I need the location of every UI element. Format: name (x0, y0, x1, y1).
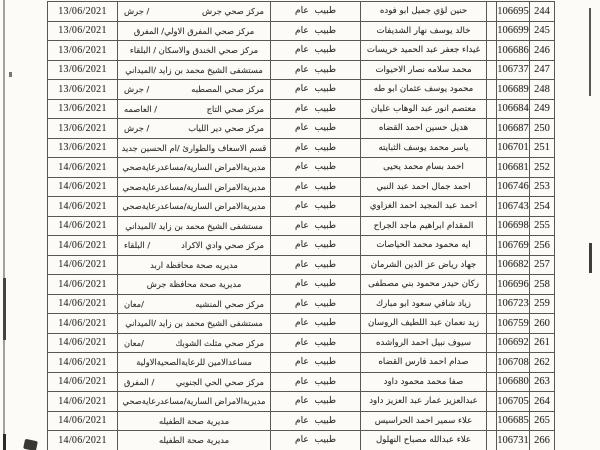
cell-separator (487, 177, 497, 197)
table-row: 14/06/2021 مستشفى الشيخ محمد بن زايد /ال… (48, 314, 555, 334)
cell-facility: مركز صحي وادي الاكراد / البلقاء (118, 236, 271, 256)
cell-row-number: 252 (530, 158, 555, 178)
facility-wrap: مديريةالامراض السارية/مساعدرعايةصحي (118, 158, 270, 177)
cell-employee-name: خالد يوسف نهار الشديفات (361, 21, 487, 41)
scan-ink-smudge (23, 439, 38, 450)
cell-separator (487, 21, 497, 41)
cell-job-title: طبيب عام (271, 2, 361, 22)
cell-job-title: طبيب عام (271, 119, 361, 139)
scan-edge-line (3, 0, 5, 450)
table-row: 14/06/2021 مستشفى الشيخ محمد بن زايد /ال… (48, 216, 555, 236)
facility-wrap: مركز صحي المصطبه / جرش (118, 80, 270, 99)
health-staff-records-table: 13/06/2021 مركز صحي جرش / جرش طبيب عام ح… (47, 1, 555, 450)
facility-name: مديرية صحة الطفيله (159, 416, 229, 426)
cell-separator (487, 236, 497, 256)
facility-wrap: مستشفى الشيخ محمد بن زايد /الميداني (118, 217, 270, 236)
facility-wrap: مستشفى الشيخ محمد بن زايد /الميداني (118, 61, 270, 80)
cell-date: 14/06/2021 (48, 275, 118, 295)
cell-employee-name: المقدام ابراهيم ماجد الجراح (361, 216, 487, 236)
cell-separator (487, 372, 497, 392)
cell-date: 13/06/2021 (48, 41, 118, 61)
table-row: 14/06/2021 مديريةالامراض السارية/مساعدرع… (48, 197, 555, 217)
cell-job-title: طبيب عام (271, 60, 361, 80)
cell-job-title: طبيب عام (271, 21, 361, 41)
scanned-document-page: 13/06/2021 مركز صحي جرش / جرش طبيب عام ح… (0, 0, 600, 450)
cell-date: 14/06/2021 (48, 314, 118, 334)
facility-wrap: مديريةالامراض السارية/مساعدرعايةصحي (118, 178, 270, 197)
cell-date: 14/06/2021 (48, 158, 118, 178)
facility-wrap: مركز صحي المنشيه /معان (118, 295, 270, 314)
facility-wrap: مركز صحي المفرق الاولي/ المفرق (118, 22, 270, 41)
scan-speck (9, 72, 12, 77)
table-row: 14/06/2021 مركز صحي مثلث الشوبك /معان طب… (48, 333, 555, 353)
table-row: 13/06/2021 مركز صحي المصطبه / جرش طبيب ع… (48, 80, 555, 100)
facility-name: مركز صحي الخندق والاسكان / البلقاء (130, 45, 258, 55)
cell-job-title: طبيب عام (271, 177, 361, 197)
facility-wrap: مديريةالامراض السارية/مساعدرعايةصحي (118, 197, 270, 216)
cell-row-number: 260 (530, 314, 555, 334)
table-row: 14/06/2021 مديرية صحة الطفيله طبيب عام ع… (48, 431, 555, 450)
facility-name: مركز صحي المنشيه (195, 299, 264, 309)
cell-date: 14/06/2021 (48, 431, 118, 450)
facility-name: مركز صحي التاج (207, 104, 264, 114)
cell-employee-name: غيداء جعفر عبد الحميد خريسات (361, 41, 487, 61)
cell-row-number: 263 (530, 372, 555, 392)
cell-facility: مديريةالامراض السارية/مساعدرعايةصحي (118, 392, 271, 412)
cell-record-id: 106685 (497, 411, 530, 431)
cell-facility: مركز صحي جرش / جرش (118, 2, 271, 22)
cell-job-title: طبيب عام (271, 197, 361, 217)
cell-record-id: 106695 (497, 2, 530, 22)
table-row: 13/06/2021 مركز صحي دير اللياب / جرش طبي… (48, 119, 555, 139)
cell-facility: مركز صحي الخندق والاسكان / البلقاء (118, 41, 271, 61)
cell-job-title: طبيب عام (271, 431, 361, 450)
cell-date: 14/06/2021 (48, 294, 118, 314)
facility-wrap: مساعدالامين للرعايةالصحيةالاولية (118, 353, 270, 372)
facility-name: مديريةالامراض السارية/مساعدرعايةصحي (122, 396, 265, 406)
cell-employee-name: علاء عبدالله مصباح النهلول (361, 431, 487, 450)
cell-separator (487, 119, 497, 139)
facility-wrap: مركز صحي جرش / جرش (118, 2, 270, 21)
cell-employee-name: محمد سلامه نصار الاحيوات (361, 60, 487, 80)
cell-date: 14/06/2021 (48, 353, 118, 373)
table-row: 14/06/2021 مساعدالامين للرعايةالصحيةالاو… (48, 353, 555, 373)
table-row: 14/06/2021 مديريةالامراض السارية/مساعدرع… (48, 392, 555, 412)
cell-separator (487, 431, 497, 450)
cell-date: 13/06/2021 (48, 138, 118, 158)
facility-name: مديريةالامراض السارية/مساعدرعايةصحي (122, 201, 265, 211)
cell-job-title: طبيب عام (271, 216, 361, 236)
cell-record-id: 106698 (497, 216, 530, 236)
cell-separator (487, 99, 497, 119)
cell-date: 13/06/2021 (48, 21, 118, 41)
cell-row-number: 250 (530, 119, 555, 139)
table-row: 14/06/2021 مديريةالامراض السارية/مساعدرع… (48, 177, 555, 197)
table-row: 14/06/2021 مديرية صحة محافظة جرش طبيب عا… (48, 275, 555, 295)
cell-date: 13/06/2021 (48, 119, 118, 139)
cell-facility: مديريةالامراض السارية/مساعدرعايةصحي (118, 197, 271, 217)
cell-separator (487, 294, 497, 314)
scan-edge-dark-segment (3, 434, 6, 450)
cell-row-number: 249 (530, 99, 555, 119)
cell-job-title: طبيب عام (271, 275, 361, 295)
cell-date: 14/06/2021 (48, 372, 118, 392)
facility-name: مساعدالامين للرعايةالصحيةالاولية (136, 357, 252, 367)
cell-date: 13/06/2021 (48, 2, 118, 22)
cell-employee-name: زيد نعمان عبد اللطيف الروسان (361, 314, 487, 334)
cell-facility: مركز صحي دير اللياب / جرش (118, 119, 271, 139)
cell-separator (487, 353, 497, 373)
cell-date: 14/06/2021 (48, 197, 118, 217)
cell-job-title: طبيب عام (271, 99, 361, 119)
cell-employee-name: احمد جمال احمد عبد النبي (361, 177, 487, 197)
cell-row-number: 262 (530, 353, 555, 373)
cell-date: 14/06/2021 (48, 177, 118, 197)
cell-facility: مديرية صحة الطفيله (118, 411, 271, 431)
cell-facility: مديريه صحة محافظة اربد (118, 255, 271, 275)
table-row: 14/06/2021 مركز صحي وادي الاكراد / البلق… (48, 236, 555, 256)
cell-job-title: طبيب عام (271, 353, 361, 373)
cell-row-number: 256 (530, 236, 555, 256)
facility-name: مركز صحي المفرق الاولي/ المفرق (134, 26, 254, 36)
cell-facility: مركز صحي مثلث الشوبك /معان (118, 333, 271, 353)
facility-wrap: مركز صحي دير اللياب / جرش (118, 119, 270, 138)
cell-job-title: طبيب عام (271, 41, 361, 61)
cell-date: 14/06/2021 (48, 255, 118, 275)
cell-separator (487, 138, 497, 158)
facility-name: مركز صحي المصطبه (191, 84, 264, 94)
facility-name: مديريةالامراض السارية/مساعدرعايةصحي (122, 162, 265, 172)
cell-record-id: 106731 (497, 431, 530, 450)
cell-record-id: 106708 (497, 353, 530, 373)
cell-row-number: 245 (530, 21, 555, 41)
cell-job-title: طبيب عام (271, 158, 361, 178)
scan-edge-dark-segment (589, 243, 592, 273)
table-row: 14/06/2021 مركز صحي المنشيه /معان طبيب ع… (48, 294, 555, 314)
table-row: 13/06/2021 مركز صحي التاج / العاصمه طبيب… (48, 99, 555, 119)
facility-name: مديرية صحة الطفيله (159, 435, 229, 445)
scan-edge-dark-segment (3, 278, 6, 340)
cell-date: 13/06/2021 (48, 99, 118, 119)
cell-job-title: طبيب عام (271, 392, 361, 412)
cell-row-number: 254 (530, 197, 555, 217)
facility-name: مستشفى الشيخ محمد بن زايد /الميداني (125, 318, 263, 328)
facility-wrap: مديرية صحة محافظة جرش (118, 275, 270, 294)
facility-area: / جرش (124, 84, 149, 94)
cell-row-number: 255 (530, 216, 555, 236)
cell-employee-name: حنين لؤي جميل ابو فوده (361, 2, 487, 22)
cell-facility: مركز صحي المصطبه / جرش (118, 80, 271, 100)
cell-employee-name: محمود يوسف عثمان ابو طه (361, 80, 487, 100)
cell-date: 14/06/2021 (48, 216, 118, 236)
facility-wrap: مركز صحي الحي الجنوبي / المفرق (118, 373, 270, 392)
cell-employee-name: علاء سمير احمد الحراسيس (361, 411, 487, 431)
facility-name: مستشفى الشيخ محمد بن زايد /الميداني (125, 221, 263, 231)
cell-row-number: 259 (530, 294, 555, 314)
cell-employee-name: ايه محمود محمد الحياصات (361, 236, 487, 256)
cell-facility: مديرية صحة الطفيله (118, 431, 271, 450)
cell-row-number: 244 (530, 2, 555, 22)
cell-employee-name: سيوف نبيل احمد الرواشده (361, 333, 487, 353)
cell-facility: مركز صحي المفرق الاولي/ المفرق (118, 21, 271, 41)
facility-wrap: مركز صحي التاج / العاصمه (118, 100, 270, 119)
cell-job-title: طبيب عام (271, 314, 361, 334)
cell-separator (487, 275, 497, 295)
cell-row-number: 247 (530, 60, 555, 80)
cell-facility: مستشفى الشيخ محمد بن زايد /الميداني (118, 216, 271, 236)
cell-separator (487, 216, 497, 236)
cell-separator (487, 80, 497, 100)
cell-job-title: طبيب عام (271, 138, 361, 158)
cell-job-title: طبيب عام (271, 80, 361, 100)
facility-wrap: مستشفى الشيخ محمد بن زايد /الميداني (118, 314, 270, 333)
cell-employee-name: ركان حيدر محمود بني مصطفى (361, 275, 487, 295)
facility-name: مركز صحي وادي الاكراد (181, 240, 264, 250)
cell-facility: مركز صحي المنشيه /معان (118, 294, 271, 314)
table-row: 14/06/2021 مركز صحي الحي الجنوبي / المفر… (48, 372, 555, 392)
table-row: 14/06/2021 مديرية صحة الطفيله طبيب عام ع… (48, 411, 555, 431)
cell-job-title: طبيب عام (271, 372, 361, 392)
cell-separator (487, 60, 497, 80)
cell-record-id: 106759 (497, 314, 530, 334)
table-row: 14/06/2021 مديريه صحة محافظة اربد طبيب ع… (48, 255, 555, 275)
cell-employee-name: هديل حسين احمد القضاه (361, 119, 487, 139)
facility-name: مركز صحي دير اللياب (188, 123, 264, 133)
cell-record-id: 106723 (497, 294, 530, 314)
cell-date: 13/06/2021 (48, 60, 118, 80)
cell-employee-name: صفا محمد محمود داود (361, 372, 487, 392)
cell-row-number: 248 (530, 80, 555, 100)
cell-record-id: 106684 (497, 99, 530, 119)
cell-employee-name: عبدالعزيز عمار عبد العزيز داود (361, 392, 487, 412)
cell-separator (487, 197, 497, 217)
cell-record-id: 106692 (497, 333, 530, 353)
cell-record-id: 106769 (497, 236, 530, 256)
cell-separator (487, 411, 497, 431)
cell-employee-name: جهاد رياض عز الدين الشرمان (361, 255, 487, 275)
facility-name: مديريه صحة محافظة اربد (150, 260, 238, 270)
facility-area: / البلقاء (124, 240, 150, 250)
cell-record-id: 106682 (497, 255, 530, 275)
cell-separator (487, 41, 497, 61)
cell-row-number: 257 (530, 255, 555, 275)
facility-area: /معان (124, 299, 144, 309)
facility-name: مديريةالامراض السارية/مساعدرعايةصحي (122, 182, 265, 192)
table-body: 13/06/2021 مركز صحي جرش / جرش طبيب عام ح… (48, 2, 555, 450)
cell-facility: مديريةالامراض السارية/مساعدرعايةصحي (118, 158, 271, 178)
cell-record-id: 106681 (497, 158, 530, 178)
facility-area: /معان (124, 338, 144, 348)
cell-record-id: 106680 (497, 372, 530, 392)
cell-row-number: 253 (530, 177, 555, 197)
facility-wrap: مركز صحي الخندق والاسكان / البلقاء (118, 41, 270, 60)
cell-employee-name: ياسر محمد يوسف الثبايته (361, 138, 487, 158)
cell-separator (487, 255, 497, 275)
facility-area: / جرش (124, 6, 149, 16)
cell-facility: مستشفى الشيخ محمد بن زايد /الميداني (118, 60, 271, 80)
table-row: 13/06/2021 مركز صحي الخندق والاسكان / ال… (48, 41, 555, 61)
cell-record-id: 106699 (497, 21, 530, 41)
facility-wrap: مركز صحي وادي الاكراد / البلقاء (118, 236, 270, 255)
cell-row-number: 266 (530, 431, 555, 450)
facility-name: قسم الاسعاف والطوارئ /ام الحسين جديد (122, 143, 267, 153)
cell-record-id: 106705 (497, 392, 530, 412)
facility-wrap: مديريةالامراض السارية/مساعدرعايةصحي (118, 392, 270, 411)
cell-date: 14/06/2021 (48, 392, 118, 412)
cell-row-number: 258 (530, 275, 555, 295)
cell-employee-name: احمد بسام محمد يحيى (361, 158, 487, 178)
facility-wrap: مركز صحي مثلث الشوبك /معان (118, 334, 270, 353)
cell-row-number: 246 (530, 41, 555, 61)
table-row: 13/06/2021 مركز صحي جرش / جرش طبيب عام ح… (48, 2, 555, 22)
cell-date: 14/06/2021 (48, 333, 118, 353)
facility-name: مركز صحي مثلث الشوبك (176, 338, 264, 348)
cell-separator (487, 333, 497, 353)
facility-wrap: مديرية صحة الطفيله (118, 412, 270, 431)
table-row: 13/06/2021 مستشفى الشيخ محمد بن زايد /ال… (48, 60, 555, 80)
facility-area: / العاصمه (124, 104, 157, 114)
cell-record-id: 106687 (497, 119, 530, 139)
facility-area: / جرش (124, 123, 149, 133)
facility-name: مركز صحي الحي الجنوبي (176, 377, 264, 387)
cell-facility: مركز صحي التاج / العاصمه (118, 99, 271, 119)
cell-job-title: طبيب عام (271, 294, 361, 314)
cell-record-id: 106737 (497, 60, 530, 80)
cell-date: 14/06/2021 (48, 411, 118, 431)
cell-record-id: 106743 (497, 197, 530, 217)
table-row: 13/06/2021 قسم الاسعاف والطوارئ /ام الحس… (48, 138, 555, 158)
cell-facility: مساعدالامين للرعايةالصحيةالاولية (118, 353, 271, 373)
cell-record-id: 106689 (497, 80, 530, 100)
facility-wrap: مديرية صحة الطفيله (118, 431, 270, 450)
cell-record-id: 106746 (497, 177, 530, 197)
cell-employee-name: معتصم انور عبد الوهاب عليان (361, 99, 487, 119)
table-row: 13/06/2021 مركز صحي المفرق الاولي/ المفر… (48, 21, 555, 41)
cell-record-id: 106701 (497, 138, 530, 158)
cell-record-id: 106686 (497, 41, 530, 61)
facility-area: / المفرق (124, 377, 154, 387)
cell-facility: مديرية صحة محافظة جرش (118, 275, 271, 295)
cell-facility: قسم الاسعاف والطوارئ /ام الحسين جديد (118, 138, 271, 158)
cell-date: 14/06/2021 (48, 236, 118, 256)
cell-record-id: 106696 (497, 275, 530, 295)
cell-employee-name: احمد عبد المجيد احمد الغزاوي (361, 197, 487, 217)
cell-job-title: طبيب عام (271, 236, 361, 256)
cell-row-number: 251 (530, 138, 555, 158)
cell-separator (487, 392, 497, 412)
cell-row-number: 265 (530, 411, 555, 431)
cell-row-number: 261 (530, 333, 555, 353)
cell-facility: مستشفى الشيخ محمد بن زايد /الميداني (118, 314, 271, 334)
cell-job-title: طبيب عام (271, 255, 361, 275)
scan-edge-line (589, 8, 591, 96)
facility-name: مستشفى الشيخ محمد بن زايد /الميداني (125, 65, 263, 75)
facility-name: مديرية صحة محافظة جرش (147, 279, 242, 289)
cell-date: 13/06/2021 (48, 80, 118, 100)
cell-separator (487, 158, 497, 178)
cell-row-number: 264 (530, 392, 555, 412)
facility-wrap: قسم الاسعاف والطوارئ /ام الحسين جديد (118, 139, 270, 158)
cell-facility: مديريةالامراض السارية/مساعدرعايةصحي (118, 177, 271, 197)
cell-separator (487, 2, 497, 22)
facility-name: مركز صحي جرش (202, 6, 264, 16)
cell-separator (487, 314, 497, 334)
cell-job-title: طبيب عام (271, 411, 361, 431)
cell-employee-name: صدام احمد فارس القضاه (361, 353, 487, 373)
table-row: 14/06/2021 مديريةالامراض السارية/مساعدرع… (48, 158, 555, 178)
cell-facility: مركز صحي الحي الجنوبي / المفرق (118, 372, 271, 392)
cell-employee-name: زياد شافي سعود ابو مبارك (361, 294, 487, 314)
facility-wrap: مديريه صحة محافظة اربد (118, 256, 270, 275)
cell-job-title: طبيب عام (271, 333, 361, 353)
